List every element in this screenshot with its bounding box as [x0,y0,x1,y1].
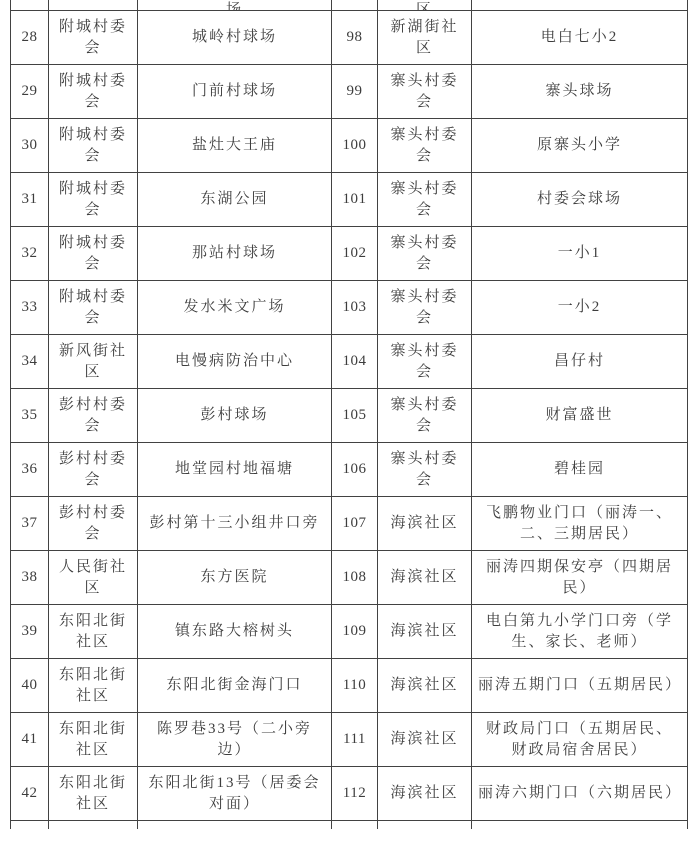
site-cell: 丽涛五期门口（五期居民） [472,659,688,713]
table-row-partial-top: 场 区 [11,0,688,11]
site-cell: 丽涛四期保安亭（四期居民） [472,551,688,605]
committee-cell [49,821,138,829]
committee-cell: 寨头村委会 [378,173,472,227]
row-number-cell: 33 [11,281,49,335]
committee-cell: 东阳北街社区 [49,659,138,713]
site-cell: 盐灶大王庙 [138,119,332,173]
committee-cell: 寨头村委会 [378,227,472,281]
row-number-cell [11,821,49,829]
row-number-cell: 41 [11,713,49,767]
row-number-cell: 36 [11,443,49,497]
site-cell: 丽涛六期门口（六期居民） [472,767,688,821]
table-row: 31 附城村委会 东湖公园 101 寨头村委会 村委会球场 [11,173,688,227]
table-row: 42 东阳北街社区 东阳北街13号（居委会对面） 112 海滨社区 丽涛六期门口… [11,767,688,821]
row-number-cell: 109 [332,605,378,659]
committee-cell: 东阳北街社区 [49,713,138,767]
committee-cell: 东阳北街社区 [49,767,138,821]
committee-cell [378,821,472,829]
table-row: 30 附城村委会 盐灶大王庙 100 寨头村委会 原寨头小学 [11,119,688,173]
site-cell: 陈罗巷33号（二小旁边） [138,713,332,767]
row-number-cell: 39 [11,605,49,659]
site-cell [472,0,688,11]
row-number-cell: 108 [332,551,378,605]
row-number-cell: 99 [332,65,378,119]
committee-cell: 寨头村委会 [378,281,472,335]
committee-cell: 寨头村委会 [378,335,472,389]
site-cell: 电白第九小学门口旁（学生、家长、老师） [472,605,688,659]
committee-cell [49,0,138,11]
site-cell: 镇东路大榕树头 [138,605,332,659]
row-number-cell [332,821,378,829]
committee-cell: 寨头村委会 [378,389,472,443]
row-number-cell: 38 [11,551,49,605]
row-number-cell: 34 [11,335,49,389]
committee-cell: 附城村委会 [49,11,138,65]
row-number-cell: 104 [332,335,378,389]
committee-cell: 新湖街社区 [378,11,472,65]
row-number-cell: 112 [332,767,378,821]
committee-cell: 海滨社区 [378,659,472,713]
committee-cell: 附城村委会 [49,173,138,227]
committee-cell: 新风街社区 [49,335,138,389]
committee-cell: 寨头村委会 [378,65,472,119]
site-cell: 城岭村球场 [138,11,332,65]
committee-cell: 附城村委会 [49,65,138,119]
table-row: 38 人民街社区 东方医院 108 海滨社区 丽涛四期保安亭（四期居民） [11,551,688,605]
row-number-cell [332,0,378,11]
site-cell: 电白七小2 [472,11,688,65]
row-number-cell: 35 [11,389,49,443]
site-cell: 门前村球场 [138,65,332,119]
sampling-points-table: 场 区 28 附城村委会 城岭村球场 98 新湖街社区 电白七小2 29 附城村… [10,0,688,829]
site-cell [472,821,688,829]
table-row: 34 新风街社区 电慢病防治中心 104 寨头村委会 昌仔村 [11,335,688,389]
table-row: 40 东阳北街社区 东阳北街金海门口 110 海滨社区 丽涛五期门口（五期居民） [11,659,688,713]
committee-cell: 海滨社区 [378,713,472,767]
site-cell: 东方医院 [138,551,332,605]
row-number-cell: 102 [332,227,378,281]
row-number-cell: 98 [332,11,378,65]
table-row: 29 附城村委会 门前村球场 99 寨头村委会 寨头球场 [11,65,688,119]
site-cell: 发水米文广场 [138,281,332,335]
table-row: 32 附城村委会 那站村球场 102 寨头村委会 一小1 [11,227,688,281]
clipped-text-fragment: 场 [226,0,243,10]
row-number-cell: 100 [332,119,378,173]
row-number-cell: 101 [332,173,378,227]
committee-cell: 海滨社区 [378,497,472,551]
clipped-text-fragment: 区 [416,0,433,10]
site-cell: 原寨头小学 [472,119,688,173]
site-cell: 东湖公园 [138,173,332,227]
site-cell: 东阳北街金海门口 [138,659,332,713]
row-number-cell: 32 [11,227,49,281]
committee-cell: 海滨社区 [378,767,472,821]
committee-cell: 附城村委会 [49,227,138,281]
row-number-cell: 105 [332,389,378,443]
committee-cell: 人民街社区 [49,551,138,605]
committee-cell: 东阳北街社区 [49,605,138,659]
row-number-cell: 111 [332,713,378,767]
row-number-cell: 42 [11,767,49,821]
committee-cell: 附城村委会 [49,119,138,173]
document-page: 场 区 28 附城村委会 城岭村球场 98 新湖街社区 电白七小2 29 附城村… [0,0,693,845]
site-cell: 寨头球场 [472,65,688,119]
committee-cell: 附城村委会 [49,281,138,335]
committee-cell: 彭村村委会 [49,389,138,443]
table-row: 35 彭村村委会 彭村球场 105 寨头村委会 财富盛世 [11,389,688,443]
site-cell: 飞鹏物业门口（丽涛一、二、三期居民） [472,497,688,551]
site-cell: 财富盛世 [472,389,688,443]
table-body: 场 区 28 附城村委会 城岭村球场 98 新湖街社区 电白七小2 29 附城村… [11,0,688,829]
row-number-cell: 28 [11,11,49,65]
table-row: 33 附城村委会 发水米文广场 103 寨头村委会 一小2 [11,281,688,335]
site-cell: 一小2 [472,281,688,335]
table-row: 37 彭村村委会 彭村第十三小组井口旁 107 海滨社区 飞鹏物业门口（丽涛一、… [11,497,688,551]
site-cell: 东阳北街13号（居委会对面） [138,767,332,821]
site-cell: 地堂园村地福塘 [138,443,332,497]
row-number-cell: 103 [332,281,378,335]
table-row: 41 东阳北街社区 陈罗巷33号（二小旁边） 111 海滨社区 财政局门口（五期… [11,713,688,767]
site-cell: 那站村球场 [138,227,332,281]
row-number-cell: 37 [11,497,49,551]
committee-cell: 寨头村委会 [378,119,472,173]
site-cell: 场 [138,0,332,11]
committee-cell: 区 [378,0,472,11]
site-cell: 财政局门口（五期居民、财政局宿舍居民） [472,713,688,767]
table-row: 39 东阳北街社区 镇东路大榕树头 109 海滨社区 电白第九小学门口旁（学生、… [11,605,688,659]
row-number-cell: 107 [332,497,378,551]
table-row: 28 附城村委会 城岭村球场 98 新湖街社区 电白七小2 [11,11,688,65]
row-number-cell: 30 [11,119,49,173]
site-cell: 电慢病防治中心 [138,335,332,389]
row-number-cell: 106 [332,443,378,497]
site-cell: 彭村第十三小组井口旁 [138,497,332,551]
committee-cell: 彭村村委会 [49,443,138,497]
committee-cell: 寨头村委会 [378,443,472,497]
site-cell [138,821,332,829]
committee-cell: 海滨社区 [378,605,472,659]
row-number-cell: 31 [11,173,49,227]
row-number-cell: 29 [11,65,49,119]
row-number-cell: 40 [11,659,49,713]
committee-cell: 彭村村委会 [49,497,138,551]
table-row: 36 彭村村委会 地堂园村地福塘 106 寨头村委会 碧桂园 [11,443,688,497]
row-number-cell [11,0,49,11]
committee-cell: 海滨社区 [378,551,472,605]
site-cell: 一小1 [472,227,688,281]
site-cell: 彭村球场 [138,389,332,443]
table-row-partial-bottom [11,821,688,829]
site-cell: 碧桂园 [472,443,688,497]
site-cell: 村委会球场 [472,173,688,227]
row-number-cell: 110 [332,659,378,713]
site-cell: 昌仔村 [472,335,688,389]
